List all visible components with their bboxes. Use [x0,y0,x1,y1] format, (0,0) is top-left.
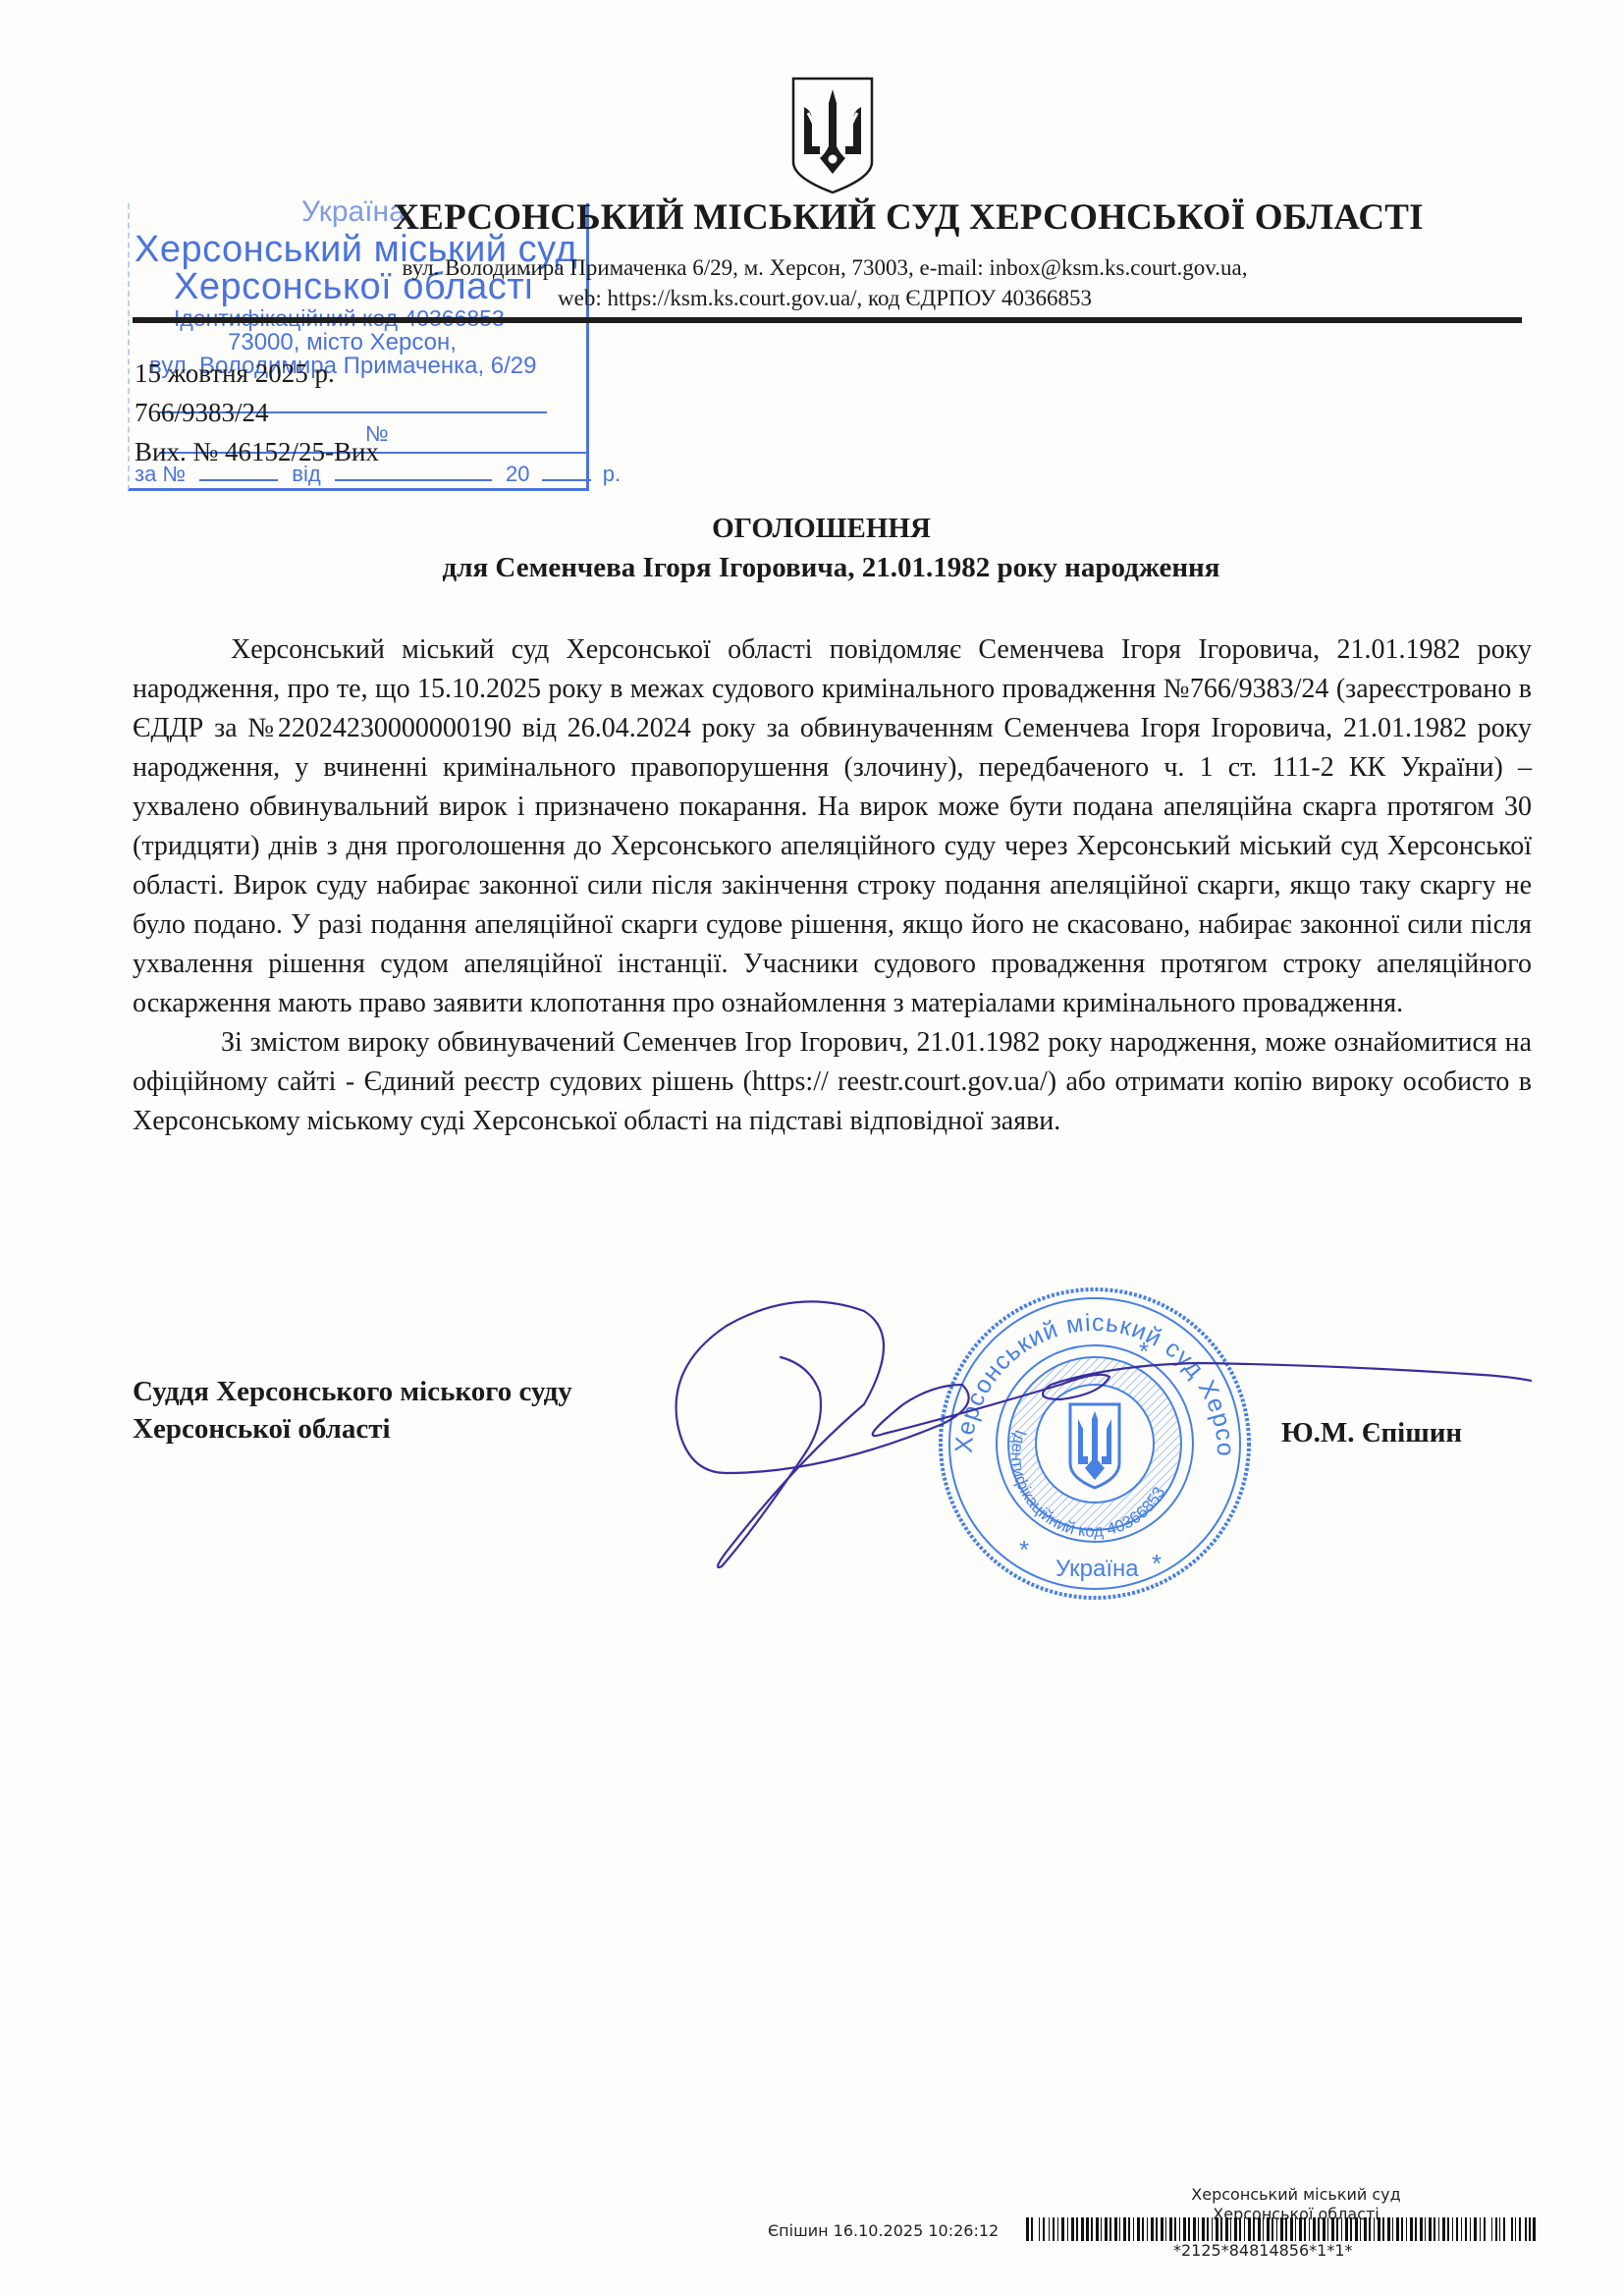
judge-position: Суддя Херсонського міського суду Херсонс… [133,1373,572,1448]
ukraine-coat-of-arms-icon [790,76,875,195]
judge-name: Ю.М. Єпішин [1281,1417,1462,1449]
header-divider [133,317,1522,323]
announcement-body: Херсонський міський суд Херсонської обла… [133,630,1532,1141]
announcement-subtitle: для Семенчева Ігоря Ігоровича, 21.01.198… [0,552,1623,584]
footer-court-line-1: Херсонський міський суд [1134,2185,1458,2205]
document-meta: 15 жовтня 2025 р. 766/9383/24 Вих. № 461… [135,354,379,471]
announcement-title: ОГОЛОШЕННЯ [0,513,1623,545]
document-barcode-icon [1026,2217,1546,2241]
court-address: вул. Володимира Примаченка 6/29, м. Херс… [295,252,1355,313]
barcode-text: *2125*84814856*1*1* [1173,2241,1353,2260]
stamp-year-suffix: р. [603,462,621,487]
body-paragraph: Зі змістом вироку обвинувачений Семенчев… [133,1023,1532,1141]
document-date: 15 жовтня 2025 р. [135,354,379,393]
court-name-heading: ХЕРСОНСЬКИЙ МІСЬКИЙ СУД ХЕРСОНСЬКОЇ ОБЛА… [147,196,1522,239]
body-paragraph: Херсонський міський суд Херсонської обла… [133,630,1532,1023]
case-number: 766/9383/24 [135,393,379,432]
address-line-1: вул. Володимира Примаченка 6/29, м. Херс… [295,252,1355,283]
address-line-2: web: https://ksm.ks.court.gov.ua/, код Є… [295,283,1355,313]
judge-position-line-1: Суддя Херсонського міського суду [133,1373,572,1410]
judge-position-line-2: Херсонської області [133,1410,572,1448]
footer-signer-timestamp: Єпішин 16.10.2025 10:26:12 [768,2221,999,2240]
outgoing-number: Вих. № 46152/25-Вих [135,432,379,471]
stamp-year-label: 20 [506,462,529,487]
